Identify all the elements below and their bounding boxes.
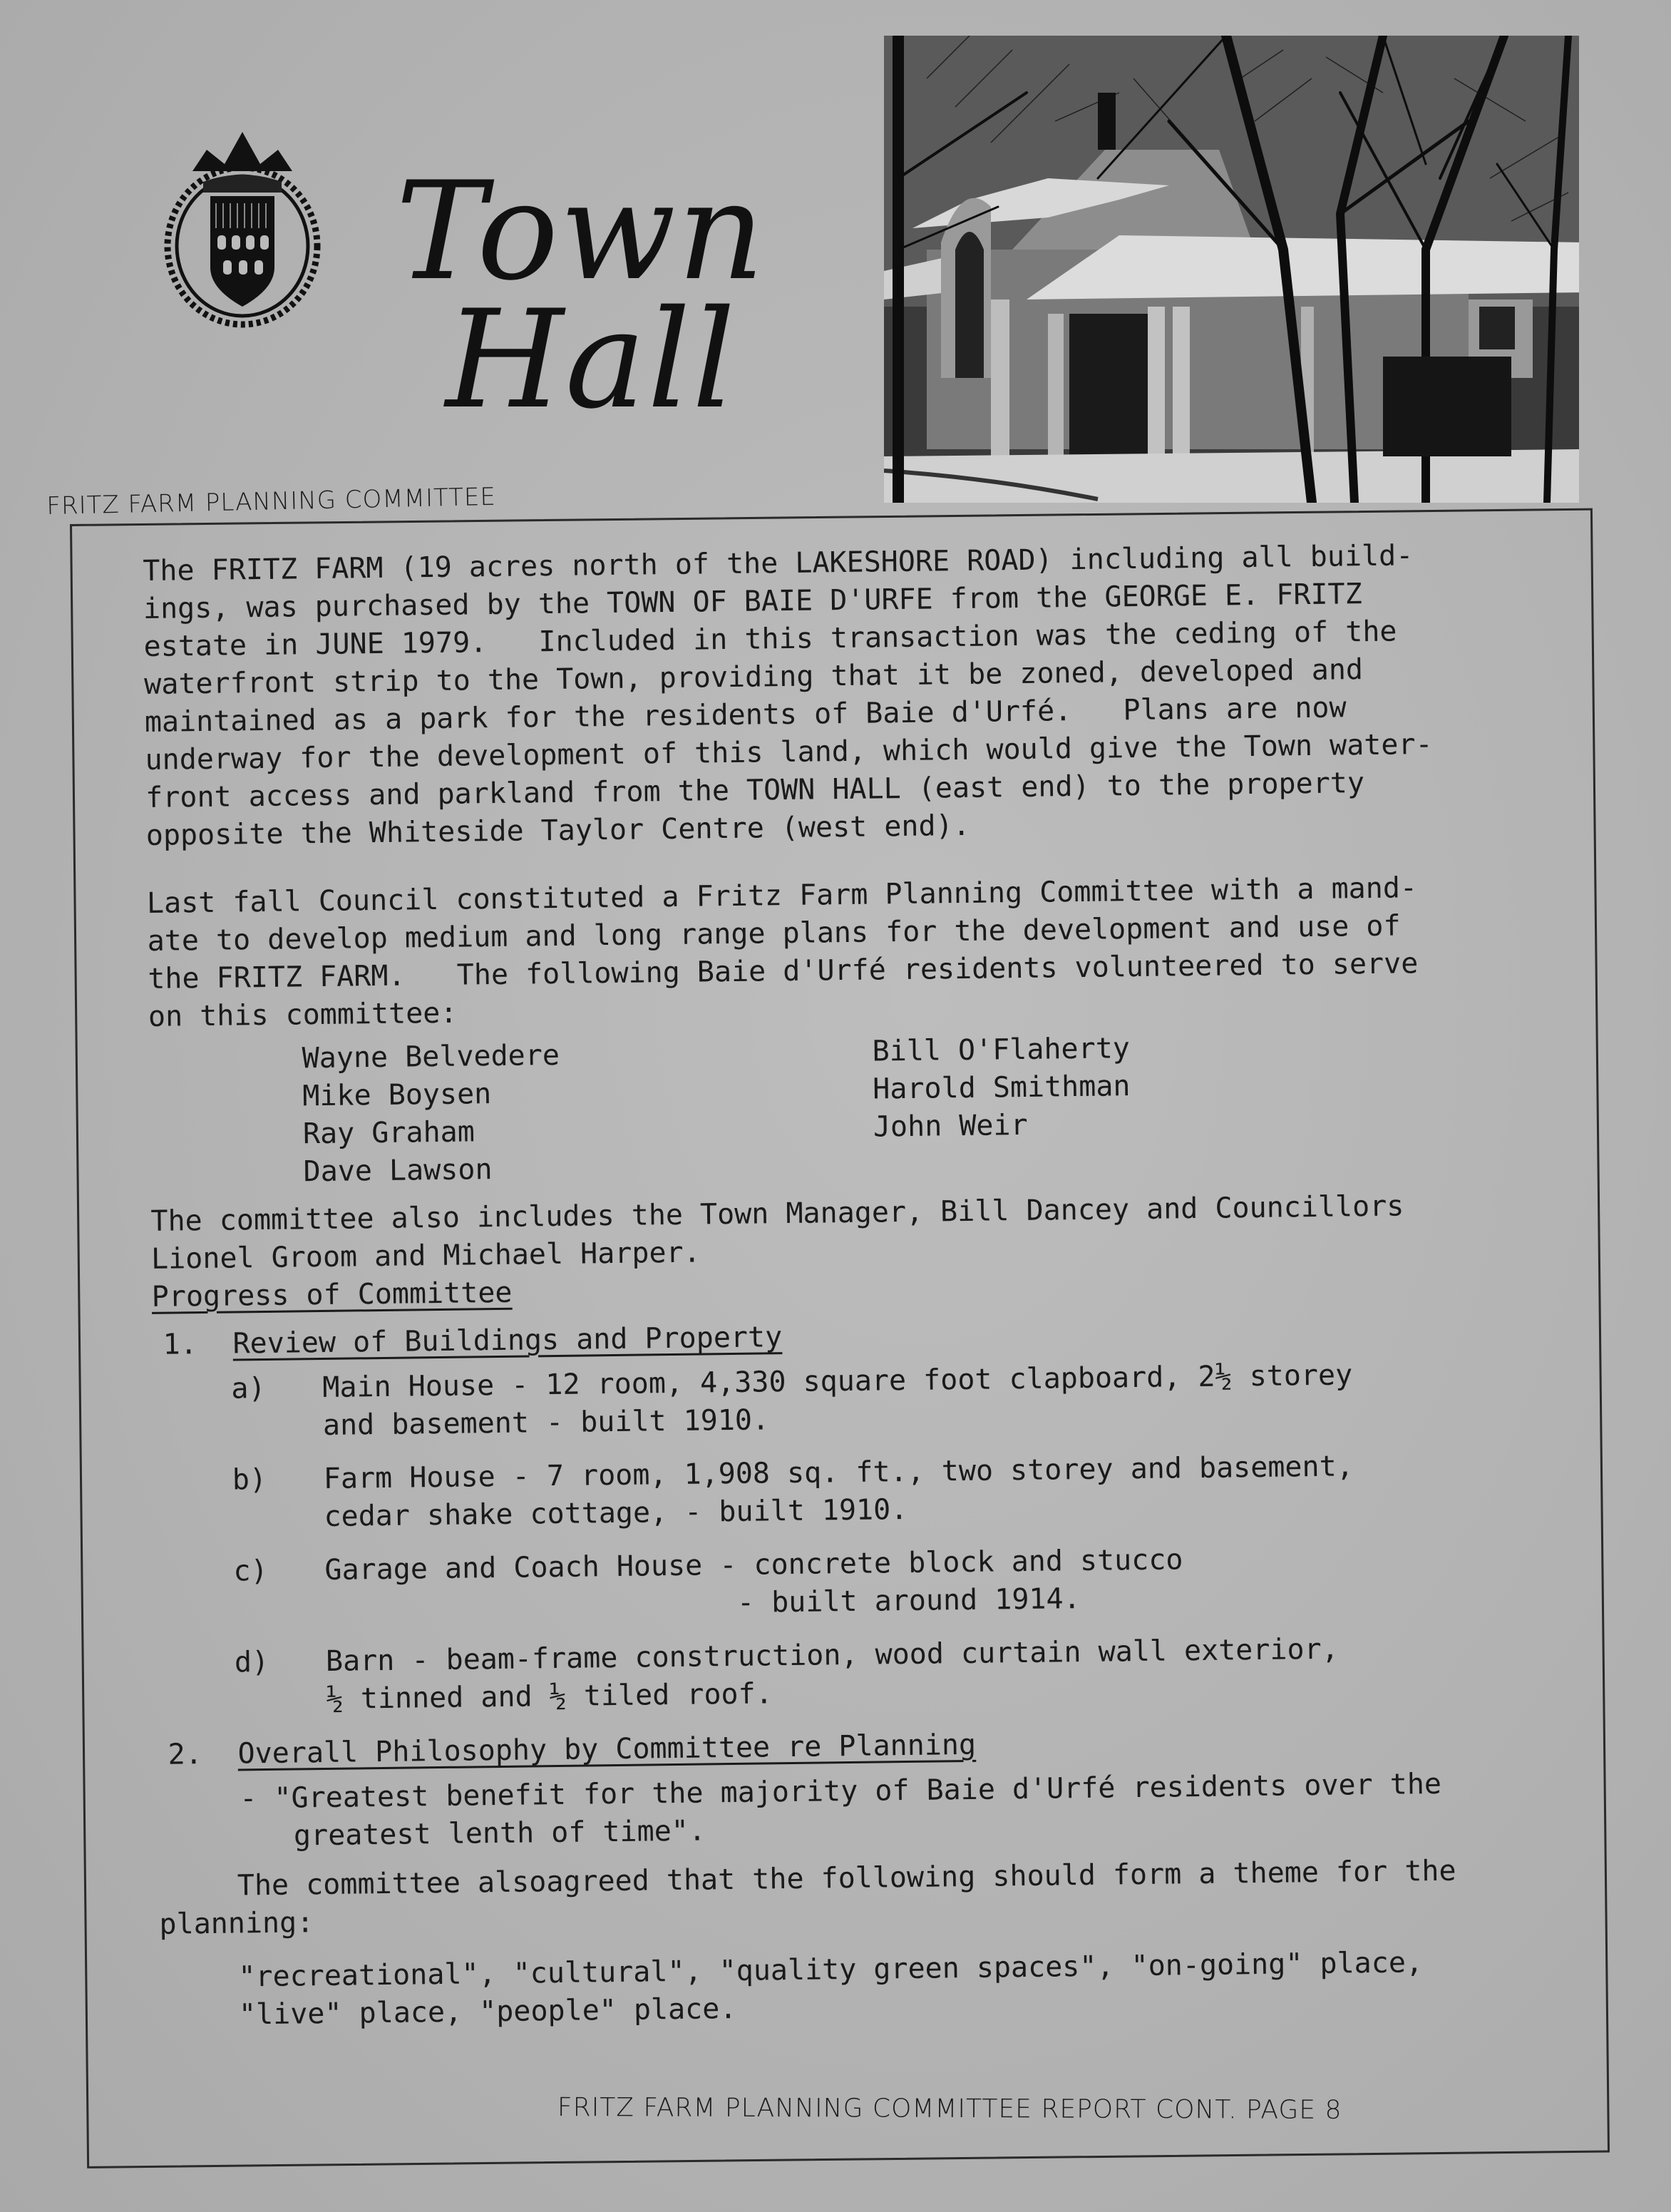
- philosophy-quote: - "Greatest benefit for the majority of …: [158, 1764, 1548, 1857]
- item-label: d): [235, 1643, 327, 1720]
- progress-heading: Progress of Committee: [151, 1276, 512, 1314]
- member-name: John Weir: [873, 1102, 1444, 1147]
- item-label: c): [233, 1552, 325, 1629]
- document-body: The FRITZ FARM (19 acres north of the LA…: [143, 536, 1551, 2035]
- title-town: Town: [396, 164, 766, 299]
- members-column-left: Wayne Belvedere Mike Boysen Ray Graham D…: [302, 1033, 874, 1192]
- members-column-right: Bill O'Flaherty Harold Smithman John Wei…: [872, 1026, 1444, 1184]
- member-name: Dave Lawson: [303, 1147, 874, 1192]
- continuation-footer: FRITZ FARM PLANNING COMMITTEE REPORT CON…: [557, 2093, 1342, 2125]
- section-number: 2.: [157, 1735, 238, 1773]
- building-item: c) Garage and Coach House - concrete blo…: [155, 1537, 1546, 1629]
- building-item: d) Barn - beam-frame construction, wood …: [156, 1628, 1547, 1721]
- section-label: FRITZ FARM PLANNING COMMITTEE: [46, 483, 496, 521]
- coat-of-arms-icon: [153, 128, 331, 335]
- building-item: b) Farm House - 7 room, 1,908 sq. ft., t…: [154, 1445, 1545, 1538]
- theme-intro: The committee alsoagreed that the follow…: [159, 1851, 1550, 1944]
- title-hall: Hall: [446, 292, 737, 428]
- member-name: Wayne Belvedere: [302, 1033, 873, 1078]
- item-label: b): [232, 1460, 324, 1537]
- item-label: a): [231, 1369, 323, 1446]
- building-item: a) Main House - 12 room, 4,330 square fo…: [153, 1354, 1543, 1447]
- member-name: Mike Boysen: [302, 1071, 873, 1116]
- section-title: Overall Philosophy by Committee re Plann…: [237, 1726, 976, 1773]
- section-2-heading: 2. Overall Philosophy by Committee re Pl…: [157, 1719, 1548, 1774]
- member-name: Harold Smithman: [873, 1064, 1444, 1109]
- section-title: Review of Buildings and Property: [232, 1319, 782, 1363]
- member-name: Bill O'Flaherty: [872, 1026, 1443, 1071]
- section-1-heading: 1. Review of Buildings and Property: [152, 1309, 1543, 1364]
- section-number: 1.: [152, 1326, 233, 1364]
- intro-paragraph: The FRITZ FARM (19 acres north of the LA…: [143, 536, 1536, 855]
- council-paragraph: Last fall Council constituted a Fritz Fa…: [147, 868, 1538, 1036]
- committee-members: Wayne Belvedere Mike Boysen Ray Graham D…: [148, 1025, 1540, 1193]
- member-name: Ray Graham: [303, 1109, 874, 1154]
- town-hall-photo: [884, 36, 1579, 503]
